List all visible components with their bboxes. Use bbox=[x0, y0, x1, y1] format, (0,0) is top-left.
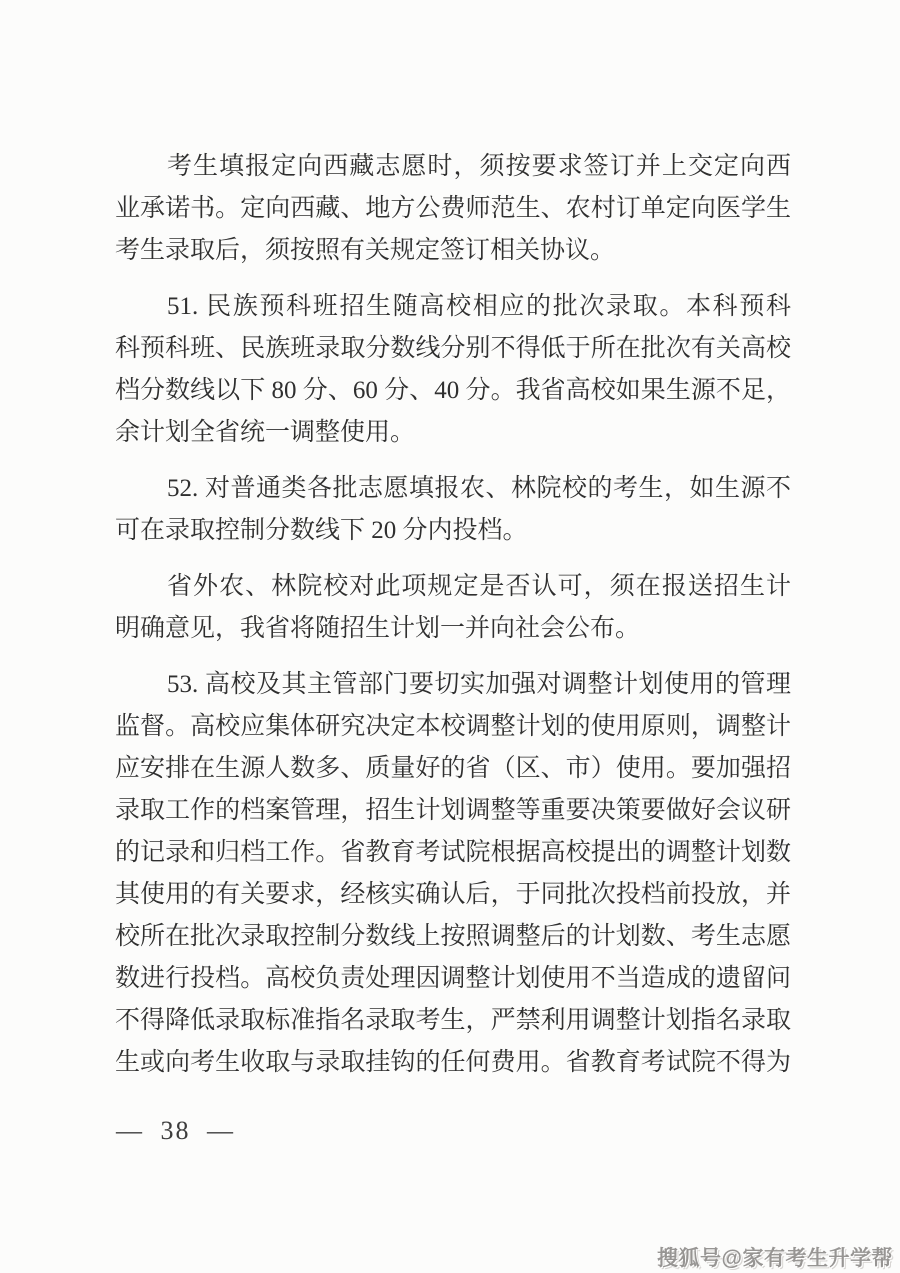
body-text-column: 考生填报定向西藏志愿时，须按要求签订并上交定向西藏就 业承诺书。定向西藏、地方公… bbox=[115, 146, 791, 1084]
text-line: 省外农、林院校对此项规定是否认可，须在报送招生计划时 bbox=[115, 566, 791, 608]
text-line: 不得降低录取标准指名录取考生，严禁利用调整计划指名录取考 bbox=[115, 1000, 791, 1042]
text-line: 明确意见，我省将随招生计划一并向社会公布。 bbox=[115, 608, 791, 650]
text-line: 52. 对普通类各批志愿填报农、林院校的考生，如生源不足， bbox=[115, 468, 791, 510]
text-line: 监督。高校应集体研究决定本校调整计划的使用原则，调整计划 bbox=[115, 706, 791, 748]
text-line: 科预科班、民族班录取分数线分别不得低于所在批次有关高校提 bbox=[115, 328, 791, 370]
paragraph-item-52: 52. 对普通类各批志愿填报农、林院校的考生，如生源不足， 可在录取控制分数线下… bbox=[115, 468, 791, 552]
text-line: 53. 高校及其主管部门要切实加强对调整计划使用的管理和 bbox=[115, 664, 791, 706]
text-line: 生或向考生收取与录取挂钩的任何费用。省教育考试院不得为争 bbox=[115, 1042, 791, 1084]
text-line: 51. 民族预科班招生随高校相应的批次录取。本科预科班、专 bbox=[115, 286, 791, 328]
text-line: 考生填报定向西藏志愿时，须按要求签订并上交定向西藏就 bbox=[115, 146, 791, 188]
text-line: 业承诺书。定向西藏、地方公费师范生、农村订单定向医学生等 bbox=[115, 188, 791, 230]
text-line: 可在录取控制分数线下 20 分内投档。 bbox=[115, 510, 791, 552]
paragraph-dingxiang-xizang: 考生填报定向西藏志愿时，须按要求签订并上交定向西藏就 业承诺书。定向西藏、地方公… bbox=[115, 146, 791, 272]
text-line: 数进行投档。高校负责处理因调整计划使用不当造成的遗留问题， bbox=[115, 958, 791, 1000]
document-page: 考生填报定向西藏志愿时，须按要求签订并上交定向西藏就 业承诺书。定向西藏、地方公… bbox=[0, 0, 900, 1273]
text-line: 录取工作的档案管理，招生计划调整等重要决策要做好会议研究 bbox=[115, 790, 791, 832]
text-line: 余计划全省统一调整使用。 bbox=[115, 412, 791, 454]
sohu-watermark: 搜狐号@家有考生升学帮 bbox=[657, 1242, 893, 1272]
paragraph-item-51: 51. 民族预科班招生随高校相应的批次录取。本科预科班、专 科预科班、民族班录取… bbox=[115, 286, 791, 454]
text-line: 档分数线以下 80 分、60 分、40 分。我省高校如果生源不足，剩 bbox=[115, 370, 791, 412]
paragraph-item-53: 53. 高校及其主管部门要切实加强对调整计划使用的管理和 监督。高校应集体研究决… bbox=[115, 664, 791, 1084]
text-line: 考生录取后，须按照有关规定签订相关协议。 bbox=[115, 230, 791, 272]
text-line: 其使用的有关要求，经核实确认后，于同批次投档前投放，并在高 bbox=[115, 874, 791, 916]
text-line: 应安排在生源人数多、质量好的省（区、市）使用。要加强招生 bbox=[115, 748, 791, 790]
page-number: — 38 — bbox=[116, 1116, 235, 1146]
paragraph-shengwai-nonglin: 省外农、林院校对此项规定是否认可，须在报送招生计划时 明确意见，我省将随招生计划… bbox=[115, 566, 791, 650]
text-line: 校所在批次录取控制分数线上按照调整后的计划数、考生志愿及分 bbox=[115, 916, 791, 958]
text-line: 的记录和归档工作。省教育考试院根据高校提出的调整计划数及 bbox=[115, 832, 791, 874]
